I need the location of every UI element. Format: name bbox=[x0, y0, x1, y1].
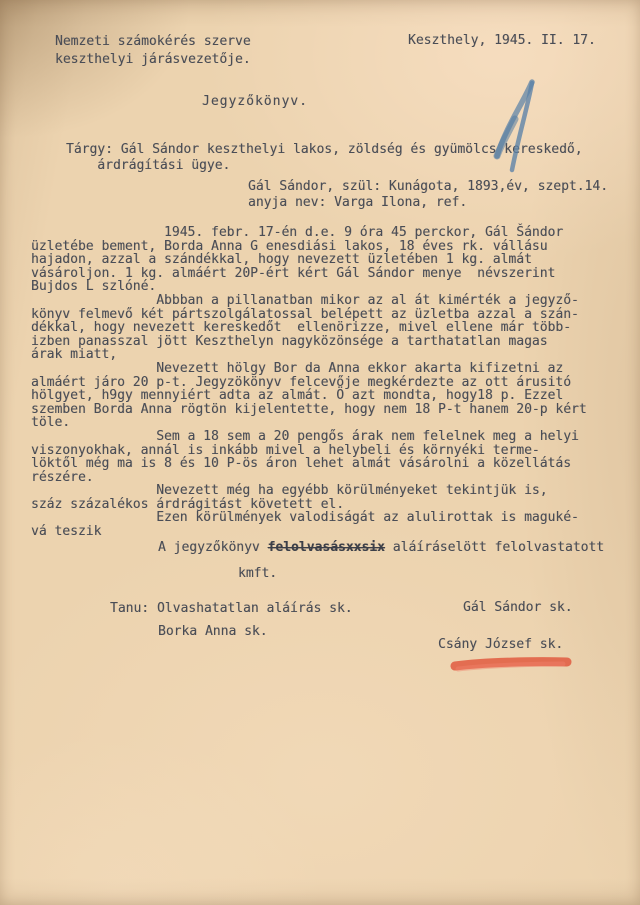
body-paragraph-4: Sem a 18 sem a 20 pengős árak nem feleln… bbox=[31, 430, 587, 484]
page-title: Jegyzőkönyv. bbox=[202, 94, 308, 110]
issuing-office: Nemzeti számokérés szerve keszthelyi jár… bbox=[55, 33, 251, 68]
body-text: 1945. febr. 17-én d.e. 9 óra 45 perckor,… bbox=[31, 226, 587, 539]
signature-csany-jozsef: Csány József sk. bbox=[438, 637, 563, 653]
signature-gal-sandor: Gál Sándor sk. bbox=[463, 600, 573, 616]
body-paragraph-1: 1945. febr. 17-én d.e. 9 óra 45 perckor,… bbox=[31, 226, 587, 294]
closing-prefix: A jegyzőkönyv bbox=[158, 540, 268, 555]
witness-signature-1: Tanu: Olvashatatlan aláírás sk. bbox=[110, 601, 353, 617]
body-paragraph-5: Nevezett még ha egyébb körülményeket tek… bbox=[31, 484, 587, 511]
subject-block: Tárgy: Gál Sándor keszthelyi lakos, zöld… bbox=[66, 142, 583, 174]
closing-line: A jegyzőkönyv felolvasásxxsix aláíráselö… bbox=[158, 540, 604, 556]
office-line-2: keszthelyi járásvezetője. bbox=[55, 52, 251, 67]
person-block: Gál Sándor, szül: Kunágota, 1893,év, sze… bbox=[248, 179, 608, 211]
dateline: Keszthely, 1945. II. 17. bbox=[408, 33, 596, 49]
body-paragraph-2: Abbban a pillanatban mikor az al át kimé… bbox=[31, 294, 587, 362]
closing-suffix: aláíráselött felolvastatott bbox=[385, 540, 604, 555]
scanned-document-page: Nemzeti számokérés szerve keszthelyi jár… bbox=[0, 0, 640, 905]
struck-out-word: felolvasásxxsix bbox=[268, 540, 385, 555]
kmft-abbreviation: kmft. bbox=[238, 566, 277, 582]
body-paragraph-3: Nevezett hölgy Bor da Anna ekkor akarta … bbox=[31, 362, 587, 430]
body-paragraph-6: Ezen körülmények valodiságát az alulirot… bbox=[31, 511, 587, 538]
red-underline-mark bbox=[445, 650, 580, 678]
witness-signature-2: Borka Anna sk. bbox=[158, 624, 268, 640]
office-line-1: Nemzeti számokérés szerve bbox=[55, 34, 251, 49]
